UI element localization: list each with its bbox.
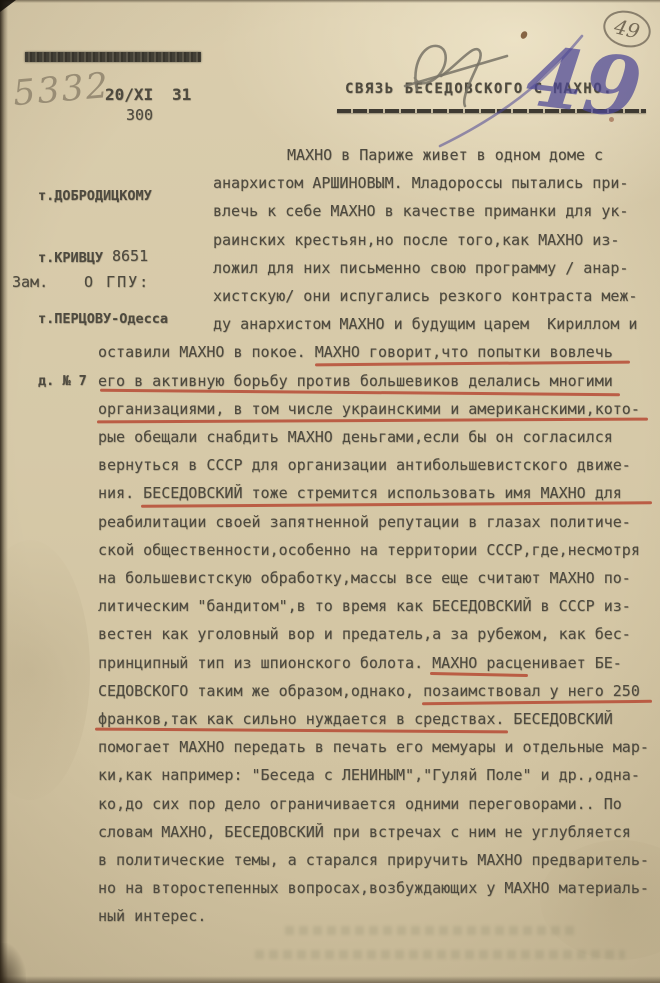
body-line: ложил для них письменно свою программу /… [213,259,628,277]
body-line: ния. БЕСЕДОВСКИЙ тоже стремится использо… [98,484,622,502]
body-line: раинских крестьян,но после того,как МАХН… [213,231,619,249]
body-line: ный интерес. [98,907,206,925]
scan-edge-left [0,0,8,983]
handwritten-registry-number: 5332 [11,66,111,114]
scan-edge-bottom [0,976,660,983]
typed-copies-count: 300 [126,106,153,124]
body-line: словам МАХНО, БЕСЕДОВСКИЙ при встречах с… [98,823,631,841]
blue-pen-stroke [430,30,590,160]
red-underline [430,672,528,677]
body-line: влечь к себе МАХНО в качестве приманки д… [213,202,628,220]
recipient-line: т.ПЕРЦОВУ-Одесса [38,309,168,330]
body-line: принципный тип из шпионского болота. МАХ… [98,654,622,672]
scan-corner-bottom-left [0,943,26,983]
blacked-out-stamp-line [25,52,201,62]
body-line: ду анархистом МАХНО и будущим царем Кири… [213,315,637,333]
scan-edge-top [0,0,660,3]
body-line: ки,как например: "Беседа с ЛЕНИНЫМ","Гул… [98,766,640,784]
body-line: организациями, в том числе украинскими и… [98,400,640,418]
body-line: на большевистскую обработку,массы все ещ… [98,569,631,587]
red-underline [422,700,652,705]
sender-prefix: Зам. [12,273,48,291]
red-underline [315,361,630,366]
body-line: реабилитации своей запятненной репутации… [98,513,631,531]
recipient-line: т.ДОБРОДИЦКОМУ [38,186,168,207]
paper-speck [609,117,614,122]
body-line: помогает МАХНО передать в печать его мем… [98,738,649,756]
scan-corner-top-left [0,0,16,12]
body-line: его в активную борьбу против большевиков… [98,372,613,390]
body-line: СЕДОВСКОГО таким же образом,однако, поза… [98,682,640,700]
sender-organization: О ГПУ: [84,273,150,291]
red-underline [97,417,648,422]
body-line: но на второстепенных вопросах,возбуждающ… [98,879,649,897]
typed-year: 31 [172,85,191,104]
body-line: ской общественности,особенно на территор… [98,541,640,559]
bleed-through-text [285,926,575,935]
typed-date: 20/XI [105,85,153,104]
red-underline [95,728,508,733]
red-underline [141,502,652,508]
body-line: рые обещали снабдить МАХНО деньгами,если… [98,428,613,446]
body-line: ко,до сих пор дело ограничивается одними… [98,795,622,813]
document-page: 5332 20/XI 31 300 СВЯЗЬ БЕСЕДОВСКОГО С М… [0,0,660,983]
body-line: вернуться в СССР для организации антибол… [98,456,631,474]
body-line: вестен как уголовный вор и предатель,а з… [98,625,631,643]
body-line: франков,так как сильно нуждается в средс… [98,710,613,728]
bleed-through-text [255,950,625,959]
paper-stain [0,540,90,800]
recipient-line: т.КРИВЦУ [38,248,168,269]
document-number: 8651 [112,247,148,265]
body-line: в политические темы, а старался приручит… [98,851,649,869]
body-line: анархистом АРШИНОВЫМ. Младороссы пыталис… [213,174,628,192]
body-line: хистскую/ они испугались резкого контрас… [213,287,637,305]
body-line: оставили МАХНО в покое. МАХНО говорит,чт… [98,343,613,361]
body-line: литическим "бандитом",в то время как БЕС… [98,597,631,615]
body-line: МАХНО в Париже живет в одном доме с [287,146,603,164]
